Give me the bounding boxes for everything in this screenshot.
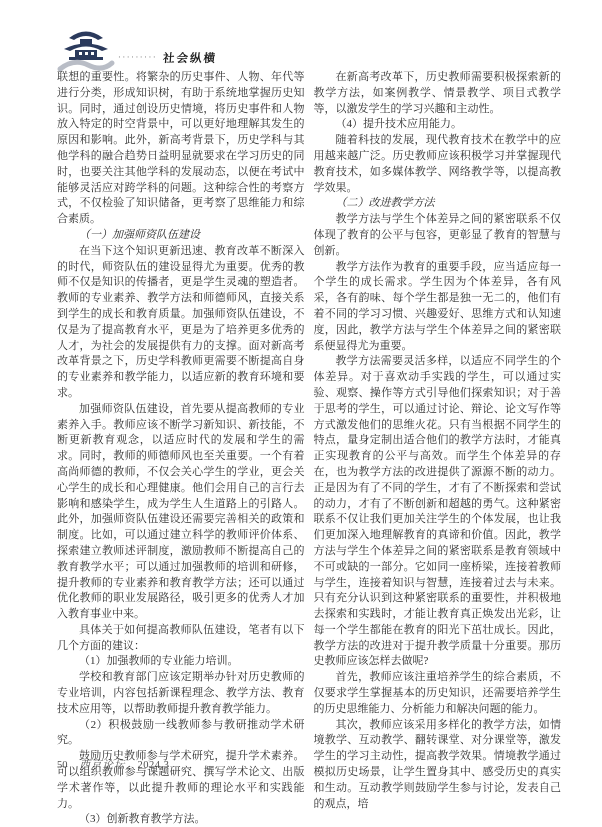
paragraph: 首先，教师应该注重培养学生的综合素质，不仅要求学生掌握基本的历史知识，还需要培养… (314, 670, 562, 717)
paragraph: 学校和教育部门应该定期举办针对历史教师的专业培训，内容包括新课程理念、教学方法、… (57, 670, 305, 717)
journal-name: 西京论坛 (80, 757, 126, 772)
journal-logo-icon (56, 27, 116, 75)
issue-date: 2024.3 (138, 760, 170, 771)
paragraph: 在当下这个知识更新迅速、教育改革不断深入的时代，师资队伍的建设显得尤为重要。优秀… (57, 244, 305, 402)
section-heading: （二）改进教学方法 (314, 196, 562, 212)
section-title: 社会纵横 (163, 50, 218, 66)
right-column: 在新高考改革下，历史教师需要积极探索新的教学方法，如案例教学、情景教学、项目式教… (314, 70, 562, 827)
left-column: 联想的重要性。将繁杂的历史事件、人物、年代等进行分类，形成知识树，有助于系统地掌… (57, 70, 305, 827)
section-label-row: ········· 社会纵横 (118, 50, 217, 66)
paragraph: （1）加强教师的专业能力培训。 (57, 654, 305, 670)
pagoda-icon (56, 27, 116, 75)
paragraph: 具体关于如何提高教师队伍建设，笔者有以下几个方面的建议： (57, 623, 305, 655)
paragraph: 其次，教师应该采用多样化的教学方法，如情境教学、互动教学、翻转课堂、对分课堂等，… (314, 718, 562, 813)
paragraph: 教学方法需要灵活多样，以适应不同学生的个体差异。对于喜欢动手实践的学生，可以通过… (314, 354, 562, 670)
dotted-leader: ········· (118, 53, 157, 63)
paragraph: （4）提升技术应用能力。 (314, 117, 562, 133)
paragraph: 在新高考改革下，历史教师需要积极探索新的教学方法，如案例教学、情景教学、项目式教… (314, 70, 562, 117)
paragraph: 随着科技的发展，现代教育技术在教学中的应用越来越广泛。历史教师应该积极学习并掌握… (314, 133, 562, 196)
paragraph: 教学方法作为教育的重要手段，应当适应每一个学生的成长需求。学生因为个体差异，各有… (314, 260, 562, 355)
paragraph: 加强师资队伍建设，首先要从提高教师的专业素养入手。教师应该不断学习新知识、新技能… (57, 402, 305, 623)
section-heading: （一）加强师资队伍建设 (57, 228, 305, 244)
journal-page: ········· 社会纵横 联想的重要性。将繁杂的历史事件、人物、年代等进行分… (0, 0, 602, 827)
paragraph: 联想的重要性。将繁杂的历史事件、人物、年代等进行分类，形成知识树，有助于系统地掌… (57, 70, 305, 228)
page-number: 50 (57, 760, 68, 771)
paragraph: （3）创新教育教学方法。 (57, 812, 305, 827)
paragraph: （2）积极鼓励一线教师参与教研推动学术研究。 (57, 718, 305, 750)
paragraph: 教学方法与学生个体差异之间的紧密联系不仅体现了教育的公平与包容，更彰显了教育的智… (314, 212, 562, 259)
page-footer: 50 西京论坛 2024.3 (57, 757, 169, 772)
article-body: 联想的重要性。将繁杂的历史事件、人物、年代等进行分类，形成知识树，有助于系统地掌… (57, 70, 561, 827)
